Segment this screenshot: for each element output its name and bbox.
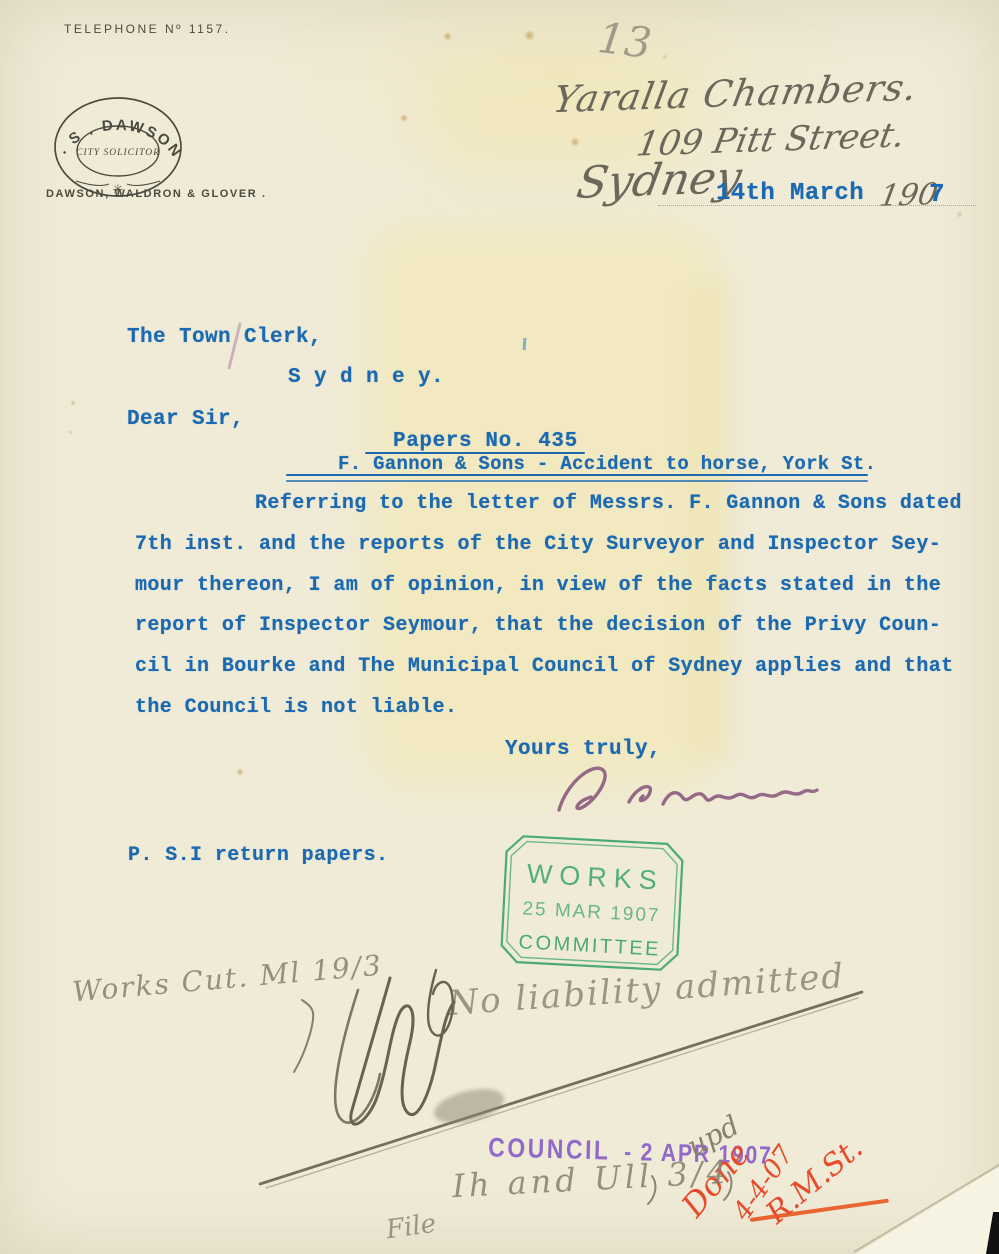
body-line: 7th inst. and the reports of the City Su… <box>135 533 941 556</box>
body-line: Referring to the letter of Messrs. F. Ga… <box>255 492 962 515</box>
body-line: mour thereon, I am of opinion, in view o… <box>135 574 941 597</box>
foxing-spot <box>662 54 668 60</box>
signature-p-s-dawson <box>545 752 825 824</box>
pencil-file-note: File <box>384 1209 438 1246</box>
body-line: report of Inspector Seymour, that the de… <box>135 614 941 637</box>
recipient-line: The Town Clerk, <box>127 326 322 349</box>
date-day-month: 14th March <box>716 180 864 207</box>
postscript: P. S.I return papers. <box>128 844 388 867</box>
pencil-number: 13 <box>595 13 654 68</box>
subject-papers-no: Papers No. 435 <box>393 430 578 453</box>
salutation: Dear Sir, <box>127 408 244 431</box>
foxing-spot <box>524 30 535 41</box>
foxing-spot <box>236 768 244 776</box>
ink-tick-mark <box>523 338 527 350</box>
foxing-spot <box>70 400 76 406</box>
foxing-spot <box>68 430 73 435</box>
stamp-works-text: WORKS <box>526 859 664 896</box>
date-rule <box>658 205 976 206</box>
subject-underline <box>286 480 868 482</box>
telephone-number: Telephone Nº 1157. <box>64 22 231 36</box>
scanned-letter-page: Telephone Nº 1157. P . S . DAWSON . CITY… <box>0 0 999 1254</box>
foxing-spot <box>570 137 580 147</box>
recipient-city: S y d n e y. <box>288 366 444 389</box>
subject-line: F. Gannon & Sons - Accident to horse, Yo… <box>338 453 876 475</box>
body-line: the Council is not liable. <box>135 696 457 719</box>
paper-stain <box>690 280 730 760</box>
firm-name: DAWSON, WALDRON & GLOVER . <box>46 188 267 200</box>
subject-underline <box>286 474 868 476</box>
seal-title: CITY SOLICITOR <box>76 148 160 158</box>
stamp-date-text: 25 MAR 1907 <box>522 898 661 926</box>
body-line: cil in Bourke and The Municipal Council … <box>135 655 954 678</box>
chambers-line: Yaralla Chambers. <box>550 66 921 122</box>
foxing-spot <box>443 32 452 41</box>
foxing-spot <box>400 114 408 122</box>
foxing-spot <box>956 211 963 218</box>
